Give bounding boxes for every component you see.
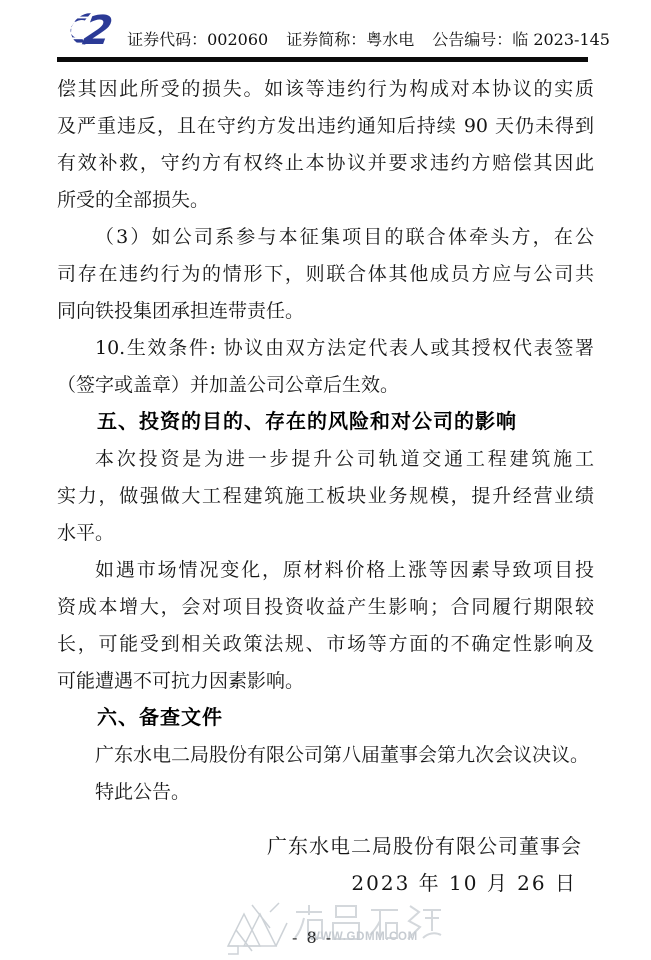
paragraph-line: 资成本增大，会对项目投资收益产生影响；合同履行期限较 <box>57 589 594 626</box>
paragraph-line: 水平。 <box>57 515 594 552</box>
document-page: 2 证券代码：002060 证券简称：粤水电 公告编号：临 2023-145 偿… <box>0 0 651 960</box>
paragraph-line: 司存在违约行为的情形下，则联合体其他成员方应与公司共 <box>57 256 594 293</box>
notice-number: 公告编号：临 2023-145 <box>432 27 610 50</box>
paragraph-line: 及严重违反，且在守约方发出违约通知后持续 90 天仍未得到 <box>57 108 594 145</box>
page-number: - 8 - <box>292 928 333 947</box>
paragraph-line: 如遇市场情况变化，原材料价格上涨等因素导致项目投 <box>57 552 594 589</box>
paragraph-line: 有效补救，守约方有权终止本协议并要求违约方赔偿其因此 <box>57 145 594 182</box>
paragraph-line: （签字或盖章）并加盖公司公章后生效。 <box>57 367 594 404</box>
paragraph-line: 可能遭遇不可抗力因素影响。 <box>57 663 594 700</box>
company-logo-icon: 2 <box>56 8 122 50</box>
section-heading: 六、备查文件 <box>57 700 594 737</box>
paragraph-line: 同向铁投集团承担连带责任。 <box>57 293 594 330</box>
document-body: 偿其因此所受的损失。如该等违约行为构成对本协议的实质 及严重违反，且在守约方发出… <box>57 71 594 811</box>
signature-date: 2023 年 10 月 26 日 <box>57 865 577 902</box>
signature-company: 广东水电二局股份有限公司董事会 <box>57 828 582 865</box>
paragraph-line: 10.生效条件: 协议由双方法定代表人或其授权代表签署 <box>57 330 594 367</box>
stock-abbr: 证券简称：粤水电 <box>286 27 414 50</box>
paragraph-line: 所受的全部损失。 <box>57 182 594 219</box>
header-divider <box>57 57 588 62</box>
watermark-logo-icon <box>225 901 289 955</box>
paragraph-line: 本次投资是为进一步提升公司轨道交通工程建筑施工 <box>57 441 594 478</box>
paragraph-line: 特此公告。 <box>57 774 594 811</box>
stock-code: 证券代码：002060 <box>127 27 268 50</box>
paragraph-line: 偿其因此所受的损失。如该等违约行为构成对本协议的实质 <box>57 71 594 108</box>
paragraph-line: 广东水电二局股份有限公司第八届董事会第九次会议决议。 <box>57 737 594 774</box>
paragraph-line: 实力，做强做大工程建筑施工板块业务规模，提升经营业绩 <box>57 478 594 515</box>
signature-block: 广东水电二局股份有限公司董事会 2023 年 10 月 26 日 <box>57 828 594 902</box>
paragraph-line: 长，可能受到相关政策法规、市场等方面的不确定性影响及 <box>57 626 594 663</box>
company-logo: 2 <box>56 8 122 50</box>
paragraph-line: （3）如公司系参与本征集项目的联合体牵头方，在公 <box>57 219 594 256</box>
header-meta: 证券代码：002060 证券简称：粤水电 公告编号：临 2023-145 <box>140 27 610 50</box>
section-heading: 五、投资的目的、存在的风险和对公司的影响 <box>57 404 594 441</box>
